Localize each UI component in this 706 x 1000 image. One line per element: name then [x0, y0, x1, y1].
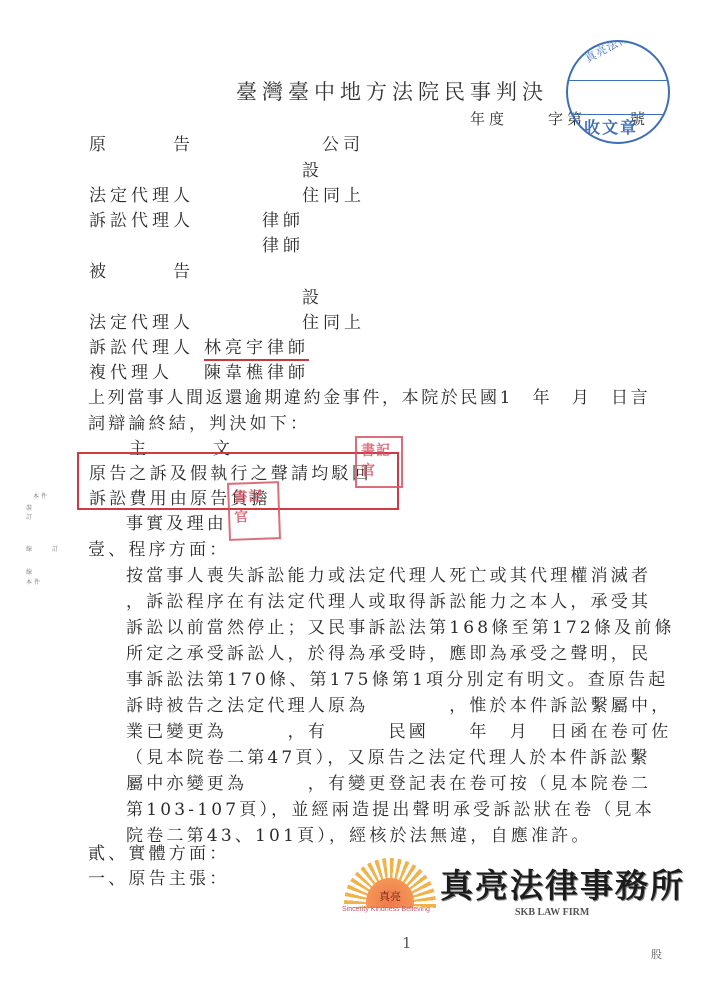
section1-line-5: 事訴訟法第170條、第175條第1項分別定有明文。查原告起	[126, 672, 669, 689]
defendant-attorney-highlighted: 林亮宇律師	[204, 340, 309, 361]
facts-heading: 事實及理由	[126, 516, 227, 533]
firm-logo-sun-icon: 真亮	[344, 858, 436, 908]
margin-binding-mark-2: 裝 訂	[26, 504, 40, 522]
section1-line-3: 訴訟以前當然停止；又民事訴訟法第168條至第172條及前條	[126, 620, 675, 637]
document-title: 臺灣臺中地方法院民事判決	[236, 76, 548, 106]
section2-heading: 貳、實體方面：	[88, 846, 229, 863]
section1-line-1: 按當事人喪失訴訟能力或法定代理人死亡或其代理權消滅者	[126, 568, 651, 585]
subsection1-heading: 一、原告主張：	[88, 871, 229, 888]
party-role-sub-attorney: 複代理人	[89, 365, 173, 382]
party-role-defendant-rep: 法定代理人	[89, 315, 194, 332]
section1-line-6: 訴時被告之法定代理人原為 ，惟於本件訴訟繫屬中，	[126, 698, 671, 715]
party-role-defendant: 被 告	[89, 264, 194, 281]
plaintiff-address: 設	[302, 163, 323, 180]
plaintiff-attorney-1: 律師	[262, 213, 304, 230]
section1-line-7: 業已變更為 ，有 民國 年 月 日函在卷可佐	[126, 724, 671, 741]
firm-name: 真亮法律事務所	[440, 860, 685, 907]
section1-line-2: ，訴訟程序在有法定代理人或取得訴訟能力之本人，承受其	[126, 594, 651, 611]
party-role-defendant-attorney: 訴訟代理人	[89, 340, 194, 357]
section1-line-8: （見本院卷二第47頁），又原告之法定代理人於本件訴訟繫	[126, 750, 651, 767]
party-role-plaintiff-rep: 法定代理人	[89, 188, 194, 205]
plaintiff-rep-address: 住同上	[302, 188, 365, 205]
defendant-address: 設	[302, 290, 323, 307]
margin-binding-mark-6: 本件	[26, 578, 42, 587]
section1-line-9: 屬中亦變更為 ，有變更登記表在卷可按（見本院卷二	[126, 776, 651, 793]
sub-attorney-name: 陳韋樵律師	[204, 365, 309, 382]
case-year-label: 年度	[470, 112, 508, 127]
receipt-stamp-label: 收文章	[584, 115, 638, 138]
section1-line-11: 院卷二第43、101頁），經核於法無違，自應准許。	[126, 828, 592, 845]
clerk-stamp-2: 書記官	[227, 481, 281, 541]
receipt-stamp-firm: 真亮法律事務所	[582, 40, 664, 66]
logo-tagline: Sincerity Kindness Believing	[342, 906, 430, 913]
receipt-stamp: 真亮法律事務所 收文章	[566, 40, 670, 144]
section1-heading: 壹、程序方面：	[88, 542, 229, 559]
party-role-plaintiff: 原 告	[89, 137, 194, 154]
firm-name-en: SKB LAW FIRM	[515, 907, 589, 918]
defendant-rep-address: 住同上	[302, 315, 365, 332]
clerk-stamp-2-label: 書記官	[233, 485, 278, 527]
clerk-stamp-1: 書記官	[355, 436, 403, 488]
page-number: 1	[402, 934, 412, 952]
clerk-stamp-1-label: 書記官	[361, 440, 401, 480]
intro-line-2: 詞辯論終結，判決如下：	[88, 416, 310, 433]
margin-binding-mark-1: 本件	[33, 492, 49, 501]
section1-line-4: 所定之承受訴訟人，於得為承受時，應即為承受之聲明，民	[126, 646, 651, 663]
margin-binding-mark-4: 訂	[52, 545, 60, 554]
stamp-band-top	[568, 80, 668, 81]
party-role-plaintiff-attorney: 訴訟代理人	[89, 213, 194, 230]
margin-binding-mark-5: 線	[26, 568, 34, 577]
sun-text: 真亮	[379, 888, 401, 904]
intro-line-1: 上列當事人間返還逾期違約金事件，本院於民國1 年 月 日言	[88, 390, 650, 407]
margin-binding-mark-3: 線	[26, 545, 34, 554]
plaintiff-attorney-2: 律師	[262, 238, 304, 255]
section-mark: 股	[651, 946, 662, 962]
party-name-plaintiff: 公司	[322, 137, 364, 154]
section1-line-10: 第103-107頁），並經兩造提出聲明承受訴訟狀在卷（見本	[126, 802, 655, 819]
